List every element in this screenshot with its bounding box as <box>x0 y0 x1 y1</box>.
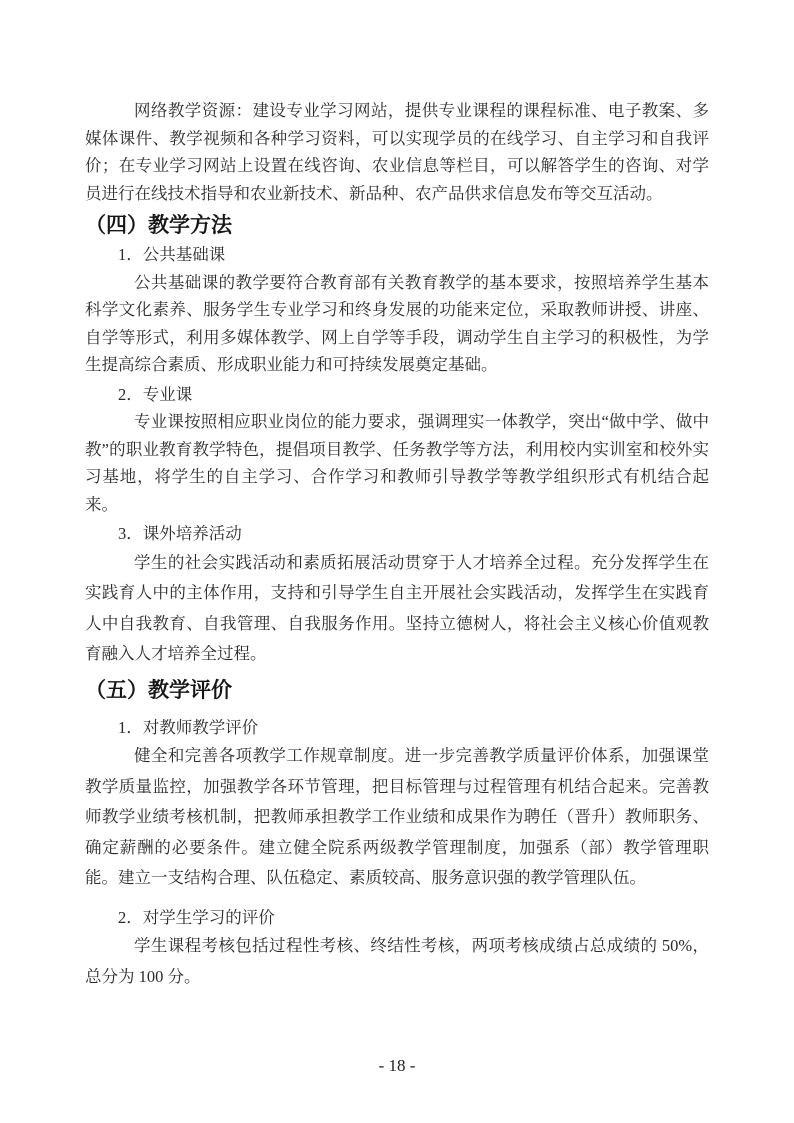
page-number: - 18 - <box>0 1056 794 1076</box>
intro-paragraph: 网络教学资源：建设专业学习网站，提供专业课程的课程标准、电子教案、多媒体课件、教… <box>85 97 709 207</box>
item-body-extracurricular-activities: 学生的社会实践活动和素质拓展活动贯穿于人才培养全过程。充分发挥学生在实践育人中的… <box>85 548 709 670</box>
item-body-teacher-evaluation: 健全和完善各项教学工作规章制度。进一步完善教学质量评价体系，加强课堂教学质量监控… <box>85 741 709 894</box>
item-label-student-evaluation: 2．对学生学习的评价 <box>85 904 709 932</box>
item-body-public-basic-courses: 公共基础课的教学要符合教育部有关教育教学的基本要求，按照培养学生基本科学文化素养… <box>85 269 709 379</box>
section-heading-teaching-evaluation: （五）教学评价 <box>85 678 709 704</box>
item-label-extracurricular-activities: 3．课外培养活动 <box>85 520 709 548</box>
section-teaching-evaluation: （五）教学评价 1．对教师教学评价 健全和完善各项教学工作规章制度。进一步完善教… <box>85 678 709 993</box>
section-heading-teaching-methods: （四）教学方法 <box>85 213 709 239</box>
item-label-public-basic-courses: 1．公共基础课 <box>85 241 709 269</box>
item-body-student-evaluation: 学生课程考核包括过程性考核、终结性考核，两项考核成绩占总成绩的 50%，总分为 … <box>85 931 709 992</box>
item-label-teacher-evaluation: 1．对教师教学评价 <box>85 714 709 742</box>
section-teaching-methods: （四）教学方法 1．公共基础课 公共基础课的教学要符合教育部有关教育教学的基本要… <box>85 213 709 670</box>
item-label-professional-courses: 2．专业课 <box>85 381 709 409</box>
document-page: 网络教学资源：建设专业学习网站，提供专业课程的课程标准、电子教案、多媒体课件、教… <box>0 0 794 1123</box>
item-body-professional-courses: 专业课按照相应职业岗位的能力要求，强调理实一体教学，突出“做中学、做中教”的职业… <box>85 408 709 518</box>
